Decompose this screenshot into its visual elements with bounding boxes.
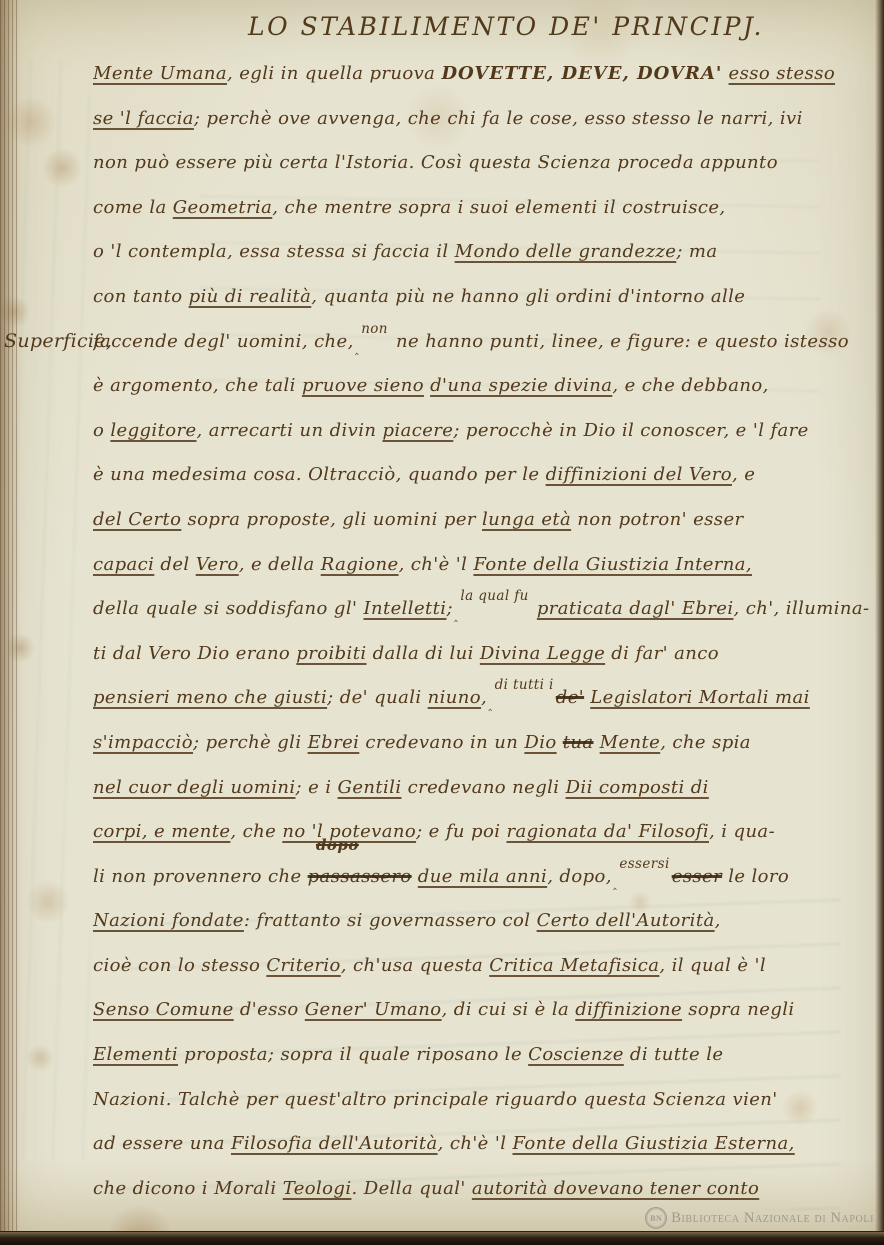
manuscript-text: , e che debbano, <box>612 375 768 396</box>
page-title: LO STABILIMENTO DE' PRINCIPJ. <box>248 12 764 41</box>
manuscript-text: Geometria <box>173 197 273 218</box>
struck-text: de' <box>556 687 584 708</box>
library-monogram-icon: BN <box>645 1207 667 1229</box>
monogram-letters: BN <box>650 1214 662 1223</box>
manuscript-line: della quale si soddisfano gl' Intelletti… <box>93 587 870 632</box>
manuscript-text: , ch'è 'l <box>399 554 474 575</box>
manuscript-text: della quale si soddisfano gl' <box>93 598 363 619</box>
manuscript-text: ; ma <box>676 241 717 262</box>
manuscript-text: , quanta più ne hanno gli ordini d'intor… <box>311 286 745 307</box>
manuscript-text: o 'l contempla, essa stessa si faccia il <box>93 241 455 262</box>
manuscript-line: corpi, e mente, che no 'l potevano; e fu… <box>93 810 870 855</box>
manuscript-text: Mondo delle grandezze <box>455 241 677 262</box>
manuscript-text: ; e fu poi <box>416 821 506 842</box>
page-bottom-edge <box>0 1231 884 1245</box>
interlinear-insertion: non <box>361 321 388 337</box>
interlinear-correction: dopo <box>316 823 359 868</box>
caret-mark: ‸ <box>355 341 359 355</box>
manuscript-text: Divina Legge <box>480 643 605 664</box>
manuscript-text: Vero <box>196 554 239 575</box>
manuscript-text: con tanto <box>93 286 189 307</box>
manuscript-text: non può essere più certa l'Istoria. Così… <box>93 152 778 173</box>
manuscript-text: del <box>154 554 195 575</box>
manuscript-line: non può essere più certa l'Istoria. Così… <box>93 141 870 186</box>
manuscript-line: che dicono i Morali Teologi. Della qual'… <box>93 1167 870 1212</box>
manuscript-text: Elementi <box>93 1044 178 1065</box>
verso-bleedthrough <box>0 60 90 1160</box>
manuscript-text: Filosofia dell'Autorità <box>231 1133 438 1154</box>
manuscript-text: Fonte della Giustizia Interna, <box>473 554 752 575</box>
interlinear-insertion: di tutti i <box>495 677 554 693</box>
manuscript-text: Dio <box>524 732 556 753</box>
manuscript-text: Intelletti <box>363 598 446 619</box>
manuscript-text: di far' anco <box>605 643 719 664</box>
library-stamp-label: Biblioteca Nazionale di Napoli <box>671 1210 874 1227</box>
manuscript-text: di tutte le <box>624 1044 724 1065</box>
interlinear-insertion: essersi <box>619 856 669 872</box>
manuscript-text: proibiti <box>296 643 366 664</box>
manuscript-text: ; perchè ove avvenga, che chi fa le cose… <box>194 108 803 129</box>
manuscript-text: sopra proposte, gli uomini per <box>181 509 482 530</box>
manuscript-line: come la Geometria, che mentre sopra i su… <box>93 186 870 231</box>
manuscript-text: non potron' esser <box>571 509 743 530</box>
manuscript-text: , <box>715 910 721 931</box>
struck-text: passassero <box>308 866 412 887</box>
manuscript-text: piacere <box>383 420 454 441</box>
manuscript-text: Ebrei <box>308 732 360 753</box>
manuscript-text: credevano in un <box>359 732 524 753</box>
interlinear-insertion: la qual fu <box>460 588 528 604</box>
manuscript-text: , ch'usa questa <box>341 955 489 976</box>
binding-gutter <box>0 0 20 1245</box>
manuscript-text: ; de' quali <box>327 687 428 708</box>
manuscript-text: come la <box>93 197 173 218</box>
manuscript-text: : frattanto si governassero col <box>244 910 537 931</box>
manuscript-text: diffinizione <box>575 999 682 1020</box>
manuscript-line: se 'l faccia; perchè ove avvenga, che ch… <box>93 97 870 142</box>
manuscript-text: più di realità <box>189 286 312 307</box>
manuscript-text: ; e i <box>296 777 338 798</box>
manuscript-text: autorità dovevano tener conto <box>472 1178 759 1199</box>
manuscript-text: ti dal Vero Dio erano <box>93 643 296 664</box>
manuscript-text: ad essere una <box>93 1133 231 1154</box>
manuscript-text: ; perchè gli <box>193 732 308 753</box>
manuscript-text: niuno <box>428 687 481 708</box>
manuscript-line: ad essere una Filosofia dell'Autorità, c… <box>93 1122 870 1167</box>
manuscript-text: , che <box>230 821 282 842</box>
manuscript-body: Mente Umana, egli in quella pruova DOVET… <box>93 52 870 1225</box>
manuscript-text: , dopo, <box>547 866 612 887</box>
manuscript-text: proposta; sopra il quale riposano le <box>178 1044 528 1065</box>
manuscript-text: , e <box>732 464 755 485</box>
manuscript-text: Ragione <box>321 554 399 575</box>
manuscript-text: faccende degl' uomini, che, <box>93 331 354 352</box>
page-right-edge <box>875 0 884 1245</box>
manuscript-text: Criterio <box>266 955 340 976</box>
struck-text: tua <box>563 732 594 753</box>
caret-mark: ‸ <box>488 697 492 711</box>
manuscript-text: ragionata da' Filosofi <box>506 821 709 842</box>
manuscript-text: se 'l faccia <box>93 108 194 129</box>
manuscript-text: s'impacciò <box>93 732 193 753</box>
manuscript-text: sopra negli <box>682 999 794 1020</box>
manuscript-text: Dii composti di <box>566 777 709 798</box>
manuscript-text: del Certo <box>93 509 181 530</box>
manuscript-text: dalla di lui <box>367 643 480 664</box>
manuscript-line: Elementi proposta; sopra il quale riposa… <box>93 1033 870 1078</box>
manuscript-text: Legislatori Mortali mai <box>590 687 810 708</box>
manuscript-text: o <box>93 420 110 441</box>
manuscript-text: Certo dell'Autorità <box>537 910 715 931</box>
manuscript-line: del Certo sopra proposte, gli uomini per… <box>93 498 870 543</box>
caret-mark: ‸ <box>454 608 458 622</box>
manuscript-text: , egli in quella pruova <box>227 63 441 84</box>
manuscript-text: Senso Comune <box>93 999 234 1020</box>
manuscript-line: capaci del Vero, e della Ragione, ch'è '… <box>93 543 870 588</box>
manuscript-text: cioè con lo stesso <box>93 955 266 976</box>
manuscript-text: pensieri meno che giusti <box>93 687 327 708</box>
manuscript-line: è una medesima cosa. Oltracciò, quando p… <box>93 453 870 498</box>
manuscript-text: nel cuor degli uomini <box>93 777 296 798</box>
manuscript-text: leggitore <box>110 420 196 441</box>
manuscript-line: s'impacciò; perchè gli Ebrei credevano i… <box>93 721 870 766</box>
manuscript-line: li non provennero che dopopassassero due… <box>93 855 870 900</box>
manuscript-text: DOVETTE, DEVE, DOVRA' <box>441 63 722 84</box>
manuscript-line: pensieri meno che giusti; de' quali niun… <box>93 676 870 721</box>
manuscript-line: ti dal Vero Dio erano proibiti dalla di … <box>93 632 870 677</box>
manuscript-text: , <box>481 687 487 708</box>
manuscript-text: , di cui si è la <box>442 999 576 1020</box>
manuscript-text: credevano negli <box>401 777 565 798</box>
manuscript-text: lunga età <box>482 509 571 530</box>
manuscript-text: ; perocchè in Dio il conoscer, e 'l fare <box>453 420 808 441</box>
struck-text: esser <box>672 866 722 887</box>
manuscript-text: praticata dagl' Ebrei <box>537 598 734 619</box>
manuscript-text: , che spia <box>660 732 751 753</box>
manuscript-text: Teologi <box>283 1178 352 1199</box>
manuscript-text: due mila anni <box>418 866 547 887</box>
manuscript-line: cioè con lo stesso Criterio, ch'usa ques… <box>93 944 870 989</box>
manuscript-text: , il qual è 'l <box>659 955 766 976</box>
manuscript-line: o 'l contempla, essa stessa si faccia il… <box>93 230 870 275</box>
manuscript-text: corpi, e mente <box>93 821 230 842</box>
manuscript-line: nel cuor degli uomini; e i Gentili crede… <box>93 766 870 811</box>
manuscript-text: , arrecarti un divin <box>197 420 383 441</box>
manuscript-line: Nazioni fondate: frattanto si governasse… <box>93 899 870 944</box>
caret-mark: ‸ <box>613 876 617 890</box>
manuscript-text: Mente Umana <box>93 63 227 84</box>
manuscript-text: , e della <box>239 554 321 575</box>
manuscript-text: Fonte della Giustizia Esterna, <box>512 1133 794 1154</box>
manuscript-text: è argomento, che tali <box>93 375 302 396</box>
manuscript-text: Gener' Umano <box>305 999 442 1020</box>
manuscript-text: d'una spezie divina <box>430 375 612 396</box>
manuscript-line: Nazioni. Talchè per quest'altro principa… <box>93 1078 870 1123</box>
manuscript-text: , ch'è 'l <box>438 1133 513 1154</box>
manuscript-page: LO STABILIMENTO DE' PRINCIPJ. Superficie… <box>0 0 884 1245</box>
manuscript-text: le loro <box>722 866 789 887</box>
manuscript-text: Mente <box>600 732 661 753</box>
manuscript-text: . Della qual' <box>352 1178 472 1199</box>
manuscript-text: capaci <box>93 554 154 575</box>
manuscript-text: Gentili <box>338 777 402 798</box>
manuscript-line: con tanto più di realità, quanta più ne … <box>93 275 870 320</box>
manuscript-text: , i qua- <box>709 821 775 842</box>
manuscript-text: , ch', illumina- <box>733 598 869 619</box>
manuscript-text: Nazioni. Talchè per quest'altro principa… <box>93 1089 778 1110</box>
manuscript-text: li non provennero che <box>93 866 308 887</box>
manuscript-text: ; <box>446 598 452 619</box>
manuscript-text: Nazioni fondate <box>93 910 244 931</box>
manuscript-line: o leggitore, arrecarti un divin piacere;… <box>93 409 870 454</box>
manuscript-text: d'esso <box>234 999 305 1020</box>
manuscript-line: Senso Comune d'esso Gener' Umano, di cui… <box>93 988 870 1033</box>
manuscript-line: faccende degl' uomini, che,‸non ne hanno… <box>93 320 870 365</box>
manuscript-text: diffinizioni del Vero <box>546 464 732 485</box>
manuscript-text: Coscienze <box>528 1044 624 1065</box>
manuscript-text: che dicono i Morali <box>93 1178 283 1199</box>
manuscript-text: ne hanno punti, linee, e figure: e quest… <box>390 331 849 352</box>
manuscript-text: esso stesso <box>729 63 836 84</box>
correction-group: dopopassassero <box>308 855 412 900</box>
library-stamp: BN Biblioteca Nazionale di Napoli <box>645 1207 874 1229</box>
manuscript-line: è argomento, che tali pruove sieno d'una… <box>93 364 870 409</box>
manuscript-line: Mente Umana, egli in quella pruova DOVET… <box>93 52 870 97</box>
manuscript-text: pruove sieno <box>302 375 424 396</box>
manuscript-text: , che mentre sopra i suoi elementi il co… <box>272 197 725 218</box>
manuscript-text: Critica Metafisica <box>489 955 659 976</box>
manuscript-text: è una medesima cosa. Oltracciò, quando p… <box>93 464 546 485</box>
